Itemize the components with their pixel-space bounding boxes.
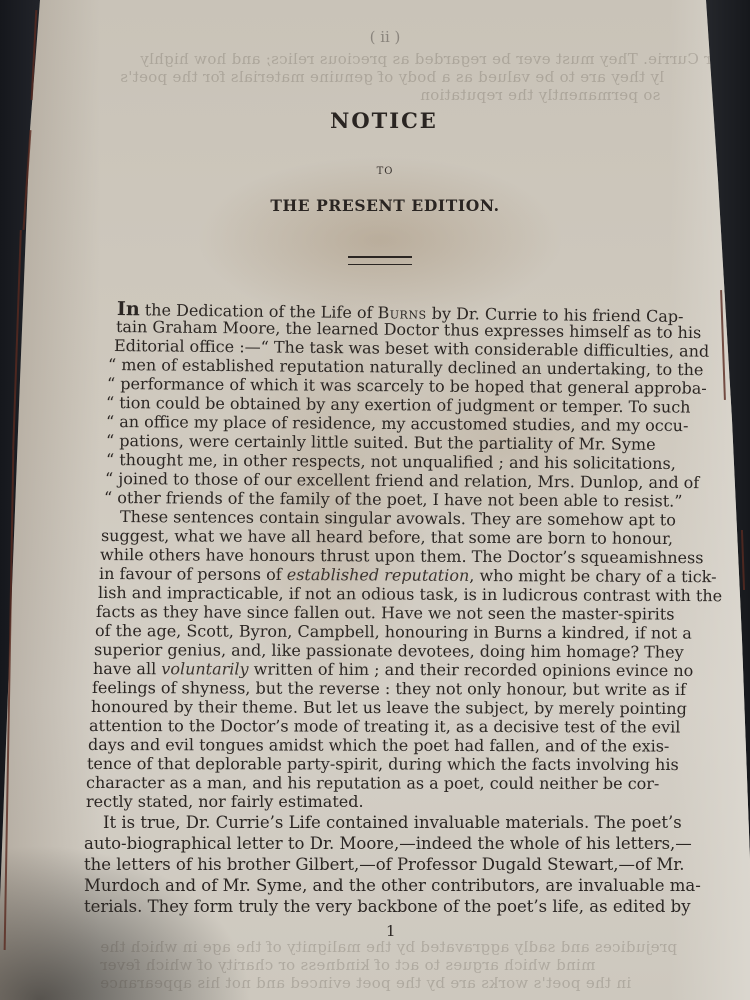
emphasis: established reputation	[287, 565, 470, 585]
paragraph-2-line-3: while others have honours thrust upon th…	[100, 547, 704, 566]
show-through-line: in the poet's works are by the poet evin…	[100, 974, 631, 992]
paragraph-3-line-3: the letters of his brother Gilbert,—of P…	[84, 857, 685, 874]
paragraph-2-line-7: of the age, Scott, Byron, Campbell, hono…	[95, 623, 692, 642]
emphasis: voluntarily	[161, 659, 248, 678]
paragraph-2-line-14: tence of that deplorable party-spirit, d…	[87, 756, 679, 773]
paragraph-3-line-5: terials. They form truly the very backbo…	[84, 899, 691, 916]
paragraph-2-line-8: superior genius, and, like passionate de…	[94, 642, 684, 661]
paragraph-2-line-2: suggest, what we have all heard before, …	[101, 528, 673, 547]
paragraph-3-line-2: auto-biographical letter to Dr. Moore,—i…	[84, 836, 692, 853]
paragraph-2-line-11: honoured by their theme. But let us leav…	[91, 699, 687, 717]
show-through-line: mind which argues to act of kindness or …	[100, 956, 595, 974]
paragraph-2-line-12: attention to the Doctor’s mode of treati…	[89, 718, 680, 736]
paragraph-2-line-10: feelings of shyness, but the reverse : t…	[92, 680, 686, 698]
header-mark: ( ii )	[0, 28, 750, 46]
paragraph-2-line-5: lish and impracticable, if not an odious…	[98, 585, 722, 604]
paragraph-2-line-1: These sentences contain singular avowals…	[120, 509, 676, 528]
show-through-line: so permanently the reputation	[420, 86, 660, 104]
decorative-rule	[348, 256, 412, 265]
show-through-line: ly they are to be valued as a body of ge…	[120, 68, 664, 86]
subtitle: THE PRESENT EDITION.	[0, 196, 750, 215]
paragraph-2-line-16: rectly stated, nor fairly estimated.	[86, 794, 364, 810]
paragraph-2-line-15: character as a man, and his reputation a…	[86, 775, 659, 792]
paragraph-2-line-6: facts as they have since fallen out. Hav…	[96, 604, 675, 623]
page-title: NOTICE	[0, 108, 750, 133]
show-through-line: prejudices and sadly aggravated by the m…	[100, 938, 677, 956]
paragraph-3-line-1: It is true, Dr. Currie’s Life contained …	[103, 815, 682, 832]
paragraph-2-line-4: in favour of persons of established repu…	[99, 566, 717, 585]
paragraph-2-line-13: days and evil tongues amidst which the p…	[88, 737, 669, 755]
paragraph-2-line-9: have all voluntarily written of him ; an…	[93, 661, 693, 679]
book-page: ( ii ) Dr Currie. They must ever be rega…	[0, 0, 750, 1000]
paragraph-3-line-4: Murdoch and of Mr. Syme, and the other c…	[84, 878, 701, 895]
show-through-line: Dr Currie. They must ever be regarded as…	[140, 50, 724, 68]
subtitle-to: TO	[0, 166, 750, 177]
